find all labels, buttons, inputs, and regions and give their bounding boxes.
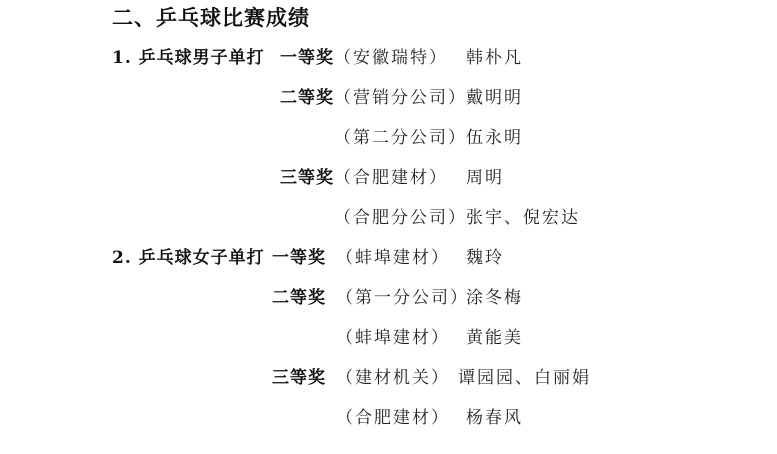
result-row: （合肥分公司） 张宇、倪宏达 [0, 204, 777, 232]
organization: （第一分公司） [336, 284, 469, 312]
prize-label: 三等奖 [280, 164, 334, 192]
result-row: 2. 乒乓球女子单打 一等奖 （蚌埠建材） 魏玲 [0, 244, 777, 272]
result-row: 二等奖 （营销分公司） 戴明明 [0, 84, 777, 112]
winner-name: 韩朴凡 [466, 44, 523, 72]
winner-name: 魏玲 [466, 244, 504, 272]
prize-label: 一等奖 [280, 44, 334, 72]
prize-label: 二等奖 [272, 284, 326, 312]
category-label: 1. 乒乓球男子单打 [112, 44, 265, 72]
winner-name: 戴明明 [466, 84, 523, 112]
prize-label: 三等奖 [272, 364, 326, 392]
winner-name: 谭园园、白丽娟 [458, 364, 591, 392]
result-row: 三等奖 （建材机关） 谭园园、白丽娟 [0, 364, 777, 392]
result-row: 二等奖 （第一分公司） 涂冬梅 [0, 284, 777, 312]
prize-label: 一等奖 [272, 244, 326, 272]
winner-name: 黄能美 [466, 324, 523, 352]
section-heading: 二、乒乓球比赛成绩 [112, 4, 310, 32]
organization: （蚌埠建材） [336, 324, 450, 352]
organization: （合肥建材） [336, 404, 450, 432]
category-label: 2. 乒乓球女子单打 [112, 244, 265, 272]
organization: （第二分公司） [334, 124, 467, 152]
organization: （合肥建材） [334, 164, 448, 192]
result-row: （合肥建材） 杨春风 [0, 404, 777, 432]
winner-name: 杨春风 [466, 404, 523, 432]
result-row: 1. 乒乓球男子单打 一等奖 （安徽瑞特） 韩朴凡 [0, 44, 777, 72]
result-row: 三等奖 （合肥建材） 周明 [0, 164, 777, 192]
result-row: （第二分公司） 伍永明 [0, 124, 777, 152]
winner-name: 张宇、倪宏达 [466, 204, 580, 232]
winner-name: 涂冬梅 [466, 284, 523, 312]
organization: （建材机关） [336, 364, 450, 392]
result-row: （蚌埠建材） 黄能美 [0, 324, 777, 352]
winner-name: 伍永明 [466, 124, 523, 152]
prize-label: 二等奖 [280, 84, 334, 112]
organization: （蚌埠建材） [336, 244, 450, 272]
winner-name: 周明 [466, 164, 504, 192]
organization: （营销分公司） [334, 84, 467, 112]
organization: （安徽瑞特） [334, 44, 448, 72]
organization: （合肥分公司） [334, 204, 467, 232]
